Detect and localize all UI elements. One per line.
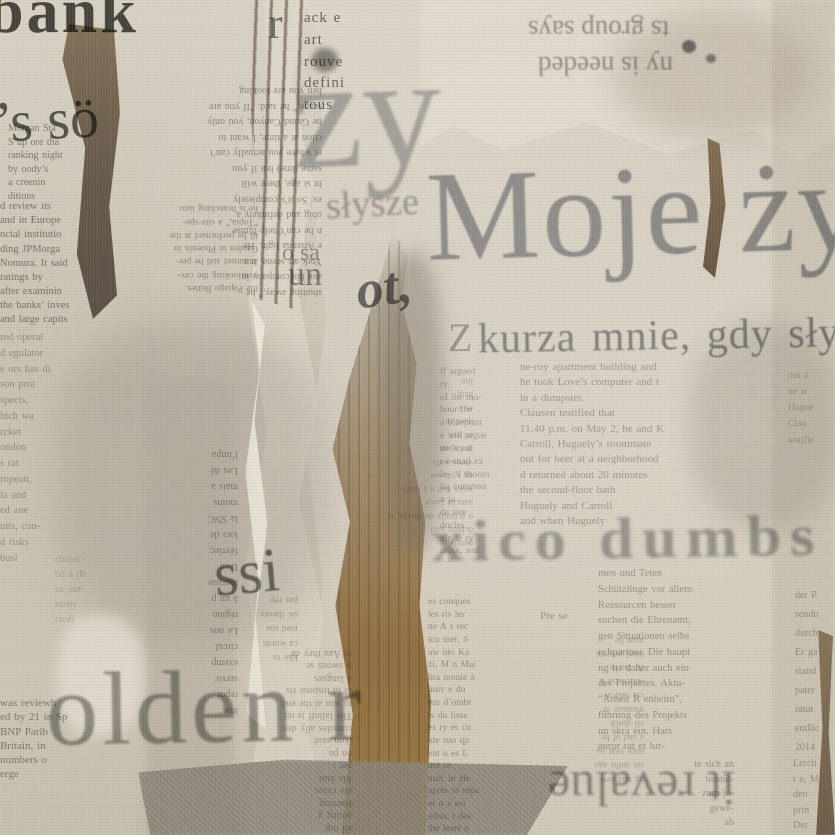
column-finance-mid: d review itsand in Europencial instituti… (0, 200, 122, 328)
column-german-inverted: ng und newsix onths agoence year oua and… (538, 600, 644, 786)
column-german-edge: der PsendudurchEr gastandpaterraturendli… (795, 586, 835, 757)
ink-dot-2 (706, 54, 716, 63)
column-top-fragments: ack eartrouvedefinitous (296, 8, 424, 117)
column-finance-faint: charac-bd a denc out-manycroft (55, 552, 137, 627)
column-revalue-corner: Lercht e, MdenprinDer (793, 756, 835, 834)
column-huguely: ne-roy apartment building andhe took Lov… (520, 360, 782, 529)
column-phoenix-inverted: the Papago Buttes.overlooking the cav-at… (126, 198, 258, 294)
column-olden-inverted: ell regarning glearningthe citiesMe inue… (200, 646, 352, 834)
column-finance-top: Morgan StaS up ore tharanking nightby oo… (8, 122, 126, 203)
column-olden-left: was reviewhed by 21 in SpBNP ParibBritai… (0, 696, 112, 782)
headline-slysze: słysze (325, 180, 420, 229)
headline-group-says-inverted: ts group says (528, 14, 669, 45)
headline-moje-zy: Moje ży (424, 132, 835, 290)
newspaper-collage: bank ’s sö r zy Moje ży ot, o sa un słys… (0, 0, 835, 835)
column-huguely-left: ff arguedry.of the mo-hour thea blueprin… (440, 366, 520, 558)
column-theory-inverted: like toca wordsined tousic theory,pas re… (186, 586, 298, 664)
column-revalue-side: te sich anterstüt-zum ju-gewe-ab (642, 758, 734, 831)
column-french-bottom: es conquesles ris lerne A s recicu mer, … (428, 596, 540, 835)
ink-dot-1 (682, 40, 696, 53)
column-huguely-edge: orn ahe wHugueClautestifie (788, 368, 834, 449)
column-finance-low: red operald egulatore ors has dison prot… (0, 330, 118, 566)
headline-kurza: kurza mnie, gdy słysz (478, 309, 835, 364)
headline-is-needed-inverted: ny is needed (538, 50, 673, 81)
headline-bank: bank (0, 0, 139, 48)
